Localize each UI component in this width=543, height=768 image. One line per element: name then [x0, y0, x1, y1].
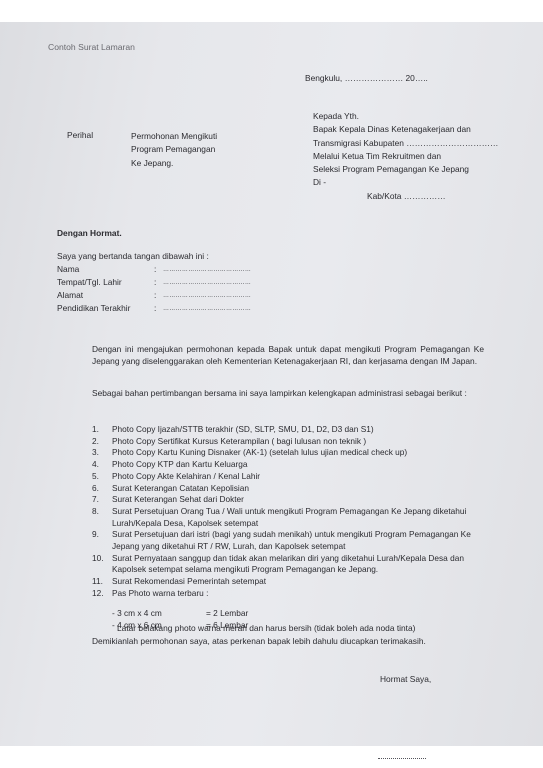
field-separator: :	[154, 303, 156, 313]
request-paragraph: Dengan ini mengajukan permohonan kepada …	[92, 344, 484, 368]
field-separator: :	[154, 264, 156, 274]
recipient-kab-kota: Kab/Kota ……………	[313, 190, 498, 203]
list-item: 6.Surat Keterangan Catatan Kepolisian	[92, 483, 492, 495]
list-item: 10.Surat Pernyataan sanggup dan tidak ak…	[92, 553, 492, 576]
list-item: 9.Surat Persetujuan dari istri (bagi yan…	[92, 529, 492, 552]
field-blank: ……………………………………	[163, 291, 251, 301]
signature-line	[378, 758, 426, 760]
perihal-line: Ke Jepang.	[131, 157, 217, 170]
photo-size-row: - 3 cm x 4 cm = 2 Lembar	[112, 608, 312, 620]
applicant-fields: Nama : …………………………………… Tempat/Tgl. Lahir …	[57, 264, 257, 316]
field-row-alamat: Alamat : ……………………………………	[57, 290, 257, 303]
list-item: 4.Photo Copy KTP dan Kartu Keluarga	[92, 459, 492, 471]
perihal-line: Permohonan Mengikuti	[131, 130, 217, 143]
field-blank: ……………………………………	[163, 304, 251, 314]
field-row-tempat-tgl-lahir: Tempat/Tgl. Lahir : ……………………………………	[57, 277, 257, 290]
closing-line: Demikianlah permohonan saya, atas perken…	[92, 636, 426, 646]
list-item: 3.Photo Copy Kartu Kuning Disnaker (AK-1…	[92, 447, 492, 459]
field-label: Nama	[57, 264, 79, 274]
field-label: Tempat/Tgl. Lahir	[57, 277, 122, 287]
field-label: Alamat	[57, 290, 83, 300]
field-separator: :	[154, 277, 156, 287]
list-item: 7.Surat Keterangan Sehat dari Dokter	[92, 494, 492, 506]
attachments-intro-paragraph: Sebagai bahan pertimbangan bersama ini s…	[92, 388, 484, 400]
date-line: Bengkulu, ………………… 20…..	[305, 73, 428, 83]
letter-page: Contoh Surat Lamaran Bengkulu, ………………… 2…	[0, 22, 543, 746]
greeting: Dengan Hormat.	[57, 228, 122, 238]
field-label: Pendidikan Terakhir	[57, 303, 130, 313]
intro-line: Saya yang bertanda tangan dibawah ini :	[57, 251, 209, 261]
recipient-block: Kepada Yth. Bapak Kepala Dinas Ketenagak…	[313, 110, 498, 203]
list-item: 11.Surat Rekomendasi Pemerintah setempat	[92, 576, 492, 588]
perihal-subject: Permohonan Mengikuti Program Pemagangan …	[131, 130, 217, 170]
photo-background-note: Latar belakang photo warna merah dan har…	[117, 623, 415, 633]
perihal-line: Program Pemagangan	[131, 143, 217, 156]
attachments-list: 1.Photo Copy Ijazah/STTB terakhir (SD, S…	[92, 424, 492, 600]
recipient-line: Melalui Ketua Tim Rekruitmen dan	[313, 150, 498, 163]
field-blank: ……………………………………	[163, 278, 251, 288]
recipient-line: Transmigrasi Kabupaten ……………………………	[313, 137, 498, 150]
recipient-line: Seleksi Program Pemagangan Ke Jepang	[313, 163, 498, 176]
field-row-pendidikan: Pendidikan Terakhir : ……………………………………	[57, 303, 257, 316]
list-item: 8.Surat Persetujuan Orang Tua / Wali unt…	[92, 506, 492, 529]
recipient-line: Di -	[313, 176, 498, 189]
document-header-label: Contoh Surat Lamaran	[48, 42, 135, 52]
list-item: 5.Photo Copy Akte Kelahiran / Kenal Lahi…	[92, 471, 492, 483]
recipient-line: Bapak Kepala Dinas Ketenagakerjaan dan	[313, 123, 498, 136]
sign-off: Hormat Saya,	[380, 674, 431, 684]
field-row-nama: Nama : ……………………………………	[57, 264, 257, 277]
list-item: 2.Photo Copy Sertifikat Kursus Keterampi…	[92, 436, 492, 448]
field-separator: :	[154, 290, 156, 300]
perihal-label: Perihal	[67, 130, 93, 140]
recipient-line: Kepada Yth.	[313, 110, 498, 123]
list-item: 1.Photo Copy Ijazah/STTB terakhir (SD, S…	[92, 424, 492, 436]
field-blank: ……………………………………	[163, 265, 251, 275]
list-item: 12.Pas Photo warna terbaru :	[92, 588, 492, 600]
